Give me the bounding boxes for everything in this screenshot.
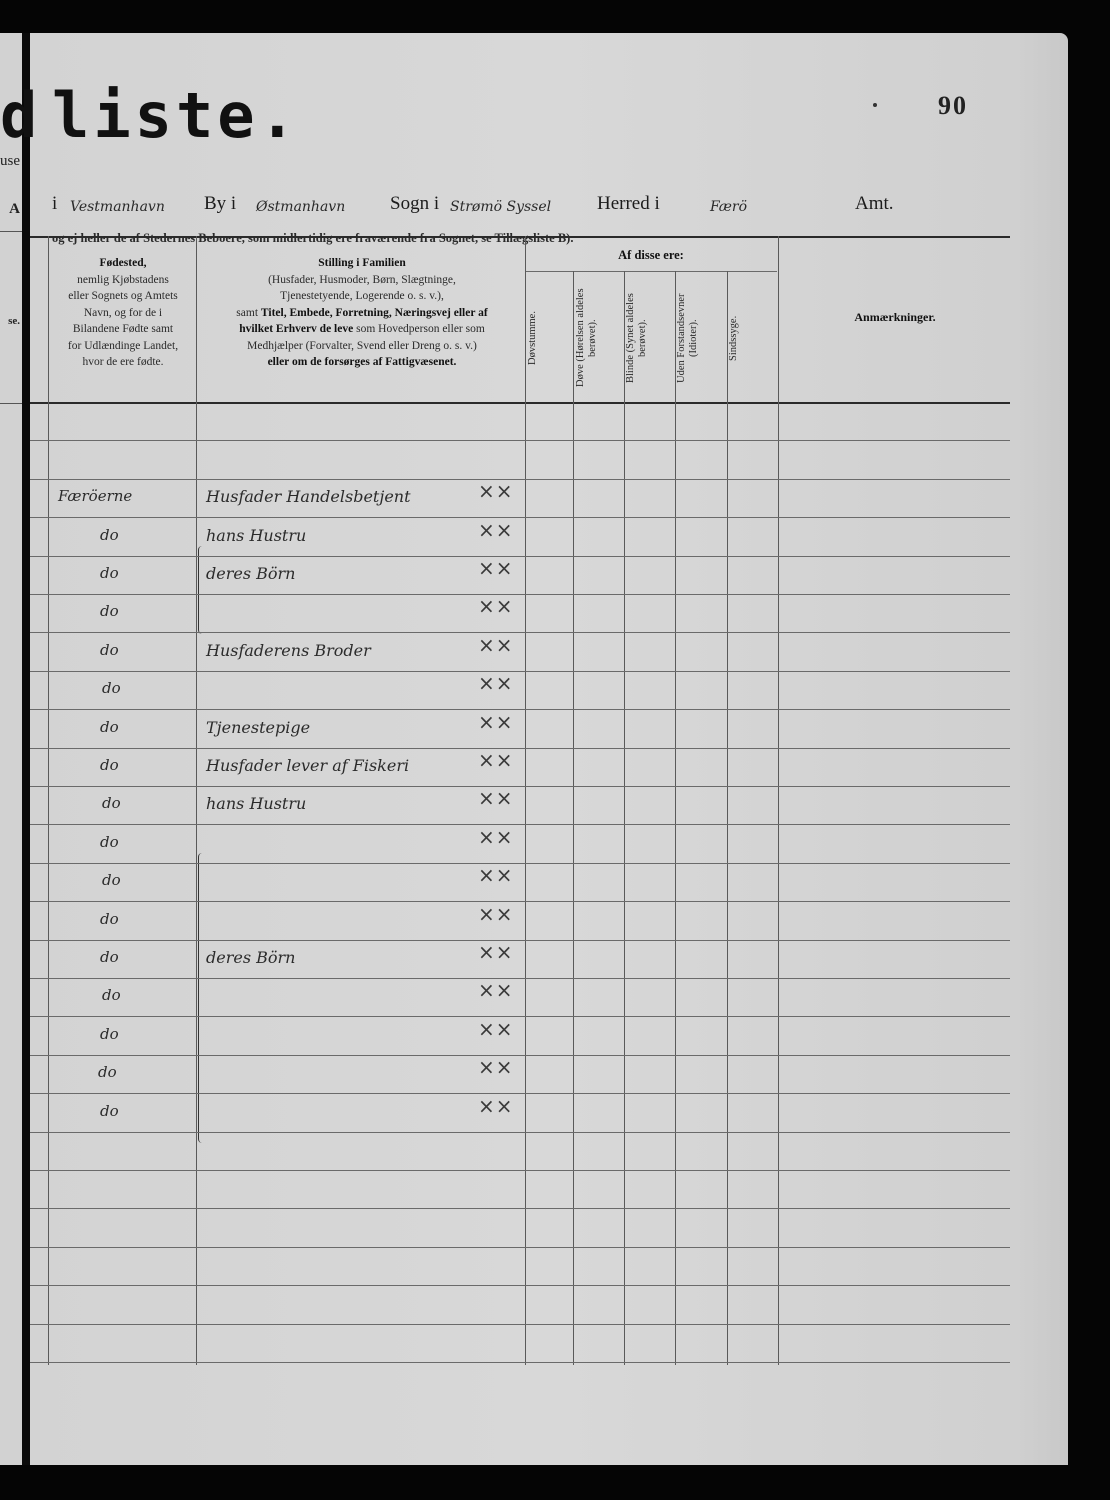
- stilling-line-bold: eller om de forsørges af Fattigvæsenet.: [268, 356, 457, 368]
- birthplace-cell[interactable]: do: [100, 948, 119, 966]
- tally-mark: ××: [478, 902, 514, 926]
- tally-mark: ××: [478, 748, 514, 772]
- column-rule: [727, 271, 728, 1365]
- row-rule: [30, 978, 1010, 979]
- column-rule: [624, 271, 625, 1365]
- fodested-line: nemlig Kjøbstadens: [77, 274, 169, 286]
- fodested-line: for Udlændinge Landet,: [68, 340, 178, 352]
- stilling-line: Tjenestetyende, Logerende o. s. v.),: [280, 290, 444, 302]
- herred-value: Strømö Syssel: [450, 199, 551, 215]
- birthplace-cell[interactable]: do: [100, 756, 119, 774]
- row-rule: [30, 901, 1010, 902]
- column-rule: [525, 236, 526, 1365]
- row-rule: [30, 1247, 1010, 1248]
- column-header-dovstumme: Døvstumme.: [527, 277, 573, 399]
- location-prefix: i: [52, 193, 57, 215]
- tally-mark: ××: [478, 940, 514, 964]
- position-cell[interactable]: Husfaderens Broder: [206, 641, 371, 660]
- row-rule: [30, 1208, 1010, 1209]
- birthplace-cell[interactable]: do: [102, 986, 121, 1004]
- row-rule: [30, 479, 1010, 480]
- position-cell[interactable]: hans Hustru: [206, 794, 306, 813]
- birthplace-cell[interactable]: do: [100, 1025, 119, 1043]
- birthplace-cell[interactable]: do: [102, 679, 121, 697]
- stilling-title: Stilling i Familien: [318, 257, 406, 269]
- row-rule: [30, 824, 1010, 825]
- birthplace-cell[interactable]: do: [100, 526, 119, 544]
- tally-mark: ××: [478, 556, 514, 580]
- birthplace-cell[interactable]: Færöerne: [58, 487, 132, 505]
- birthplace-cell[interactable]: do: [100, 910, 119, 928]
- column-rule: [48, 236, 49, 1365]
- tally-mark: ××: [478, 633, 514, 657]
- position-cell[interactable]: Husfader Handelsbetjent: [206, 487, 411, 506]
- page-title: liste.: [52, 85, 300, 147]
- tally-mark: ××: [478, 863, 514, 887]
- ink-dot: [873, 103, 877, 107]
- tally-mark: ××: [478, 825, 514, 849]
- tally-mark: ××: [478, 1017, 514, 1041]
- row-rule: [30, 748, 1010, 749]
- row-rule: [30, 440, 1010, 441]
- prev-page-fragment: se.: [8, 315, 20, 327]
- position-cell[interactable]: hans Hustru: [206, 526, 306, 545]
- tally-mark: ××: [478, 518, 514, 542]
- row-rule: [30, 517, 1010, 518]
- column-header-idioter: Uden Forstandsevner (Idioter).: [676, 277, 725, 399]
- row-rule: [30, 863, 1010, 864]
- page-number: 90: [938, 91, 968, 121]
- position-cell[interactable]: Tjenestepige: [206, 718, 310, 737]
- birthplace-cell[interactable]: do: [98, 1063, 117, 1081]
- birthplace-cell[interactable]: do: [102, 794, 121, 812]
- row-rule: [30, 1093, 1010, 1094]
- herred-field[interactable]: Strømö Syssel: [450, 195, 551, 217]
- stilling-line: samt: [236, 307, 261, 319]
- row-rule: [30, 1324, 1010, 1325]
- birthplace-cell[interactable]: do: [100, 602, 119, 620]
- tally-mark: ××: [478, 710, 514, 734]
- af-disse-title: Af disse ere:: [618, 248, 684, 262]
- row-rule: [30, 1362, 1010, 1363]
- tally-mark: ××: [478, 671, 514, 695]
- by-label: By i: [204, 193, 236, 215]
- prev-page-fragment: A: [9, 201, 20, 218]
- tally-mark: ××: [478, 594, 514, 618]
- column-header-blinde: Blinde (Synet aldeles berøvet).: [625, 277, 674, 399]
- column-header-sindssyge: Sindssyge.: [728, 277, 776, 399]
- birthplace-cell[interactable]: do: [100, 1102, 119, 1120]
- row-rule: [30, 1170, 1010, 1171]
- tally-mark: ××: [478, 1094, 514, 1118]
- subtitle-note: og ej heller de af Stedernes Beboere, so…: [52, 231, 573, 246]
- birthplace-cell[interactable]: do: [100, 564, 119, 582]
- column-rule: [196, 236, 197, 1365]
- column-header-af-disse-ere: Af disse ere:: [526, 247, 776, 264]
- fodested-title: Fødested,: [100, 257, 147, 269]
- sogn-field[interactable]: Østmanhavn: [256, 195, 345, 217]
- birthplace-cell[interactable]: do: [102, 871, 121, 889]
- stilling-line: som Hovedperson eller som: [353, 323, 485, 335]
- anmaerkninger-title: Anmærkninger.: [854, 310, 935, 324]
- header-top-rule: [30, 236, 1010, 238]
- position-cell[interactable]: Husfader lever af Fiskeri: [206, 756, 409, 775]
- fodested-line: hvor de ere fødte.: [82, 356, 163, 368]
- row-rule: [30, 1016, 1010, 1017]
- fodested-line: eller Sognets og Amtets: [68, 290, 178, 302]
- row-rule: [30, 1132, 1010, 1133]
- row-rule: [30, 709, 1010, 710]
- row-rule: [30, 671, 1010, 672]
- column-header-stilling: Stilling i Familien (Husfader, Husmoder,…: [200, 255, 524, 371]
- household-bracket: [198, 546, 205, 634]
- fodested-line: Navn, og for de i: [84, 307, 162, 319]
- row-rule: [30, 786, 1010, 787]
- previous-page-edge: use A se.: [0, 33, 22, 1465]
- row-rule: [30, 940, 1010, 941]
- by-value: Vestmanhavn: [70, 199, 165, 215]
- sogn-label: Sogn i: [390, 193, 439, 215]
- stilling-line: (Husfader, Husmoder, Børn, Slægtninge,: [268, 274, 456, 286]
- column-header-anmaerkninger: Anmærkninger.: [780, 309, 1010, 326]
- birthplace-cell[interactable]: do: [100, 718, 119, 736]
- column-rule: [573, 271, 574, 1365]
- fodested-line: Bilandene Fødte samt: [73, 323, 173, 335]
- tally-mark: ××: [478, 978, 514, 1002]
- column-header-dove: Døve (Hørelsen aldeles berøvet).: [575, 277, 623, 399]
- column-rule: [778, 236, 779, 1365]
- amt-field[interactable]: Færö: [710, 195, 747, 217]
- column-header-fodested: Fødested, nemlig Kjøbstadens eller Sogne…: [50, 255, 196, 371]
- herred-label: Herred i: [597, 193, 660, 215]
- row-rule: [30, 556, 1010, 557]
- prev-page-fragment: use: [0, 153, 20, 170]
- birthplace-cell[interactable]: do: [100, 833, 119, 851]
- header-bottom-rule: [30, 402, 1010, 404]
- af-disse-rule: [525, 271, 777, 272]
- by-field[interactable]: Vestmanhavn: [70, 195, 165, 217]
- stilling-line-bold: Titel, Embede, Forretning, Næringsvej el…: [261, 307, 488, 319]
- tally-mark: ××: [478, 479, 514, 503]
- row-rule: [30, 1055, 1010, 1056]
- page-spine: [22, 33, 30, 1465]
- census-form-page: d liste. 90 i Vestmanhavn By i Østmanhav…: [30, 33, 1068, 1465]
- stilling-line: Medhjælper (Forvalter, Svend eller Dreng…: [247, 340, 477, 352]
- column-rule: [675, 271, 676, 1365]
- tally-mark: ××: [478, 786, 514, 810]
- stilling-line-bold: hvilket Erhverv de leve: [239, 323, 353, 335]
- birthplace-cell[interactable]: do: [100, 641, 119, 659]
- amt-value: Færö: [710, 199, 747, 215]
- amt-label: Amt.: [855, 193, 894, 215]
- sogn-value: Østmanhavn: [256, 199, 345, 215]
- household-bracket: [198, 853, 205, 1143]
- position-cell[interactable]: deres Börn: [206, 564, 295, 583]
- row-rule: [30, 1285, 1010, 1286]
- title-fragment: d: [0, 85, 37, 147]
- position-cell[interactable]: deres Börn: [206, 948, 295, 967]
- tally-mark: ××: [478, 1055, 514, 1079]
- row-rule: [30, 594, 1010, 595]
- row-rule: [30, 632, 1010, 633]
